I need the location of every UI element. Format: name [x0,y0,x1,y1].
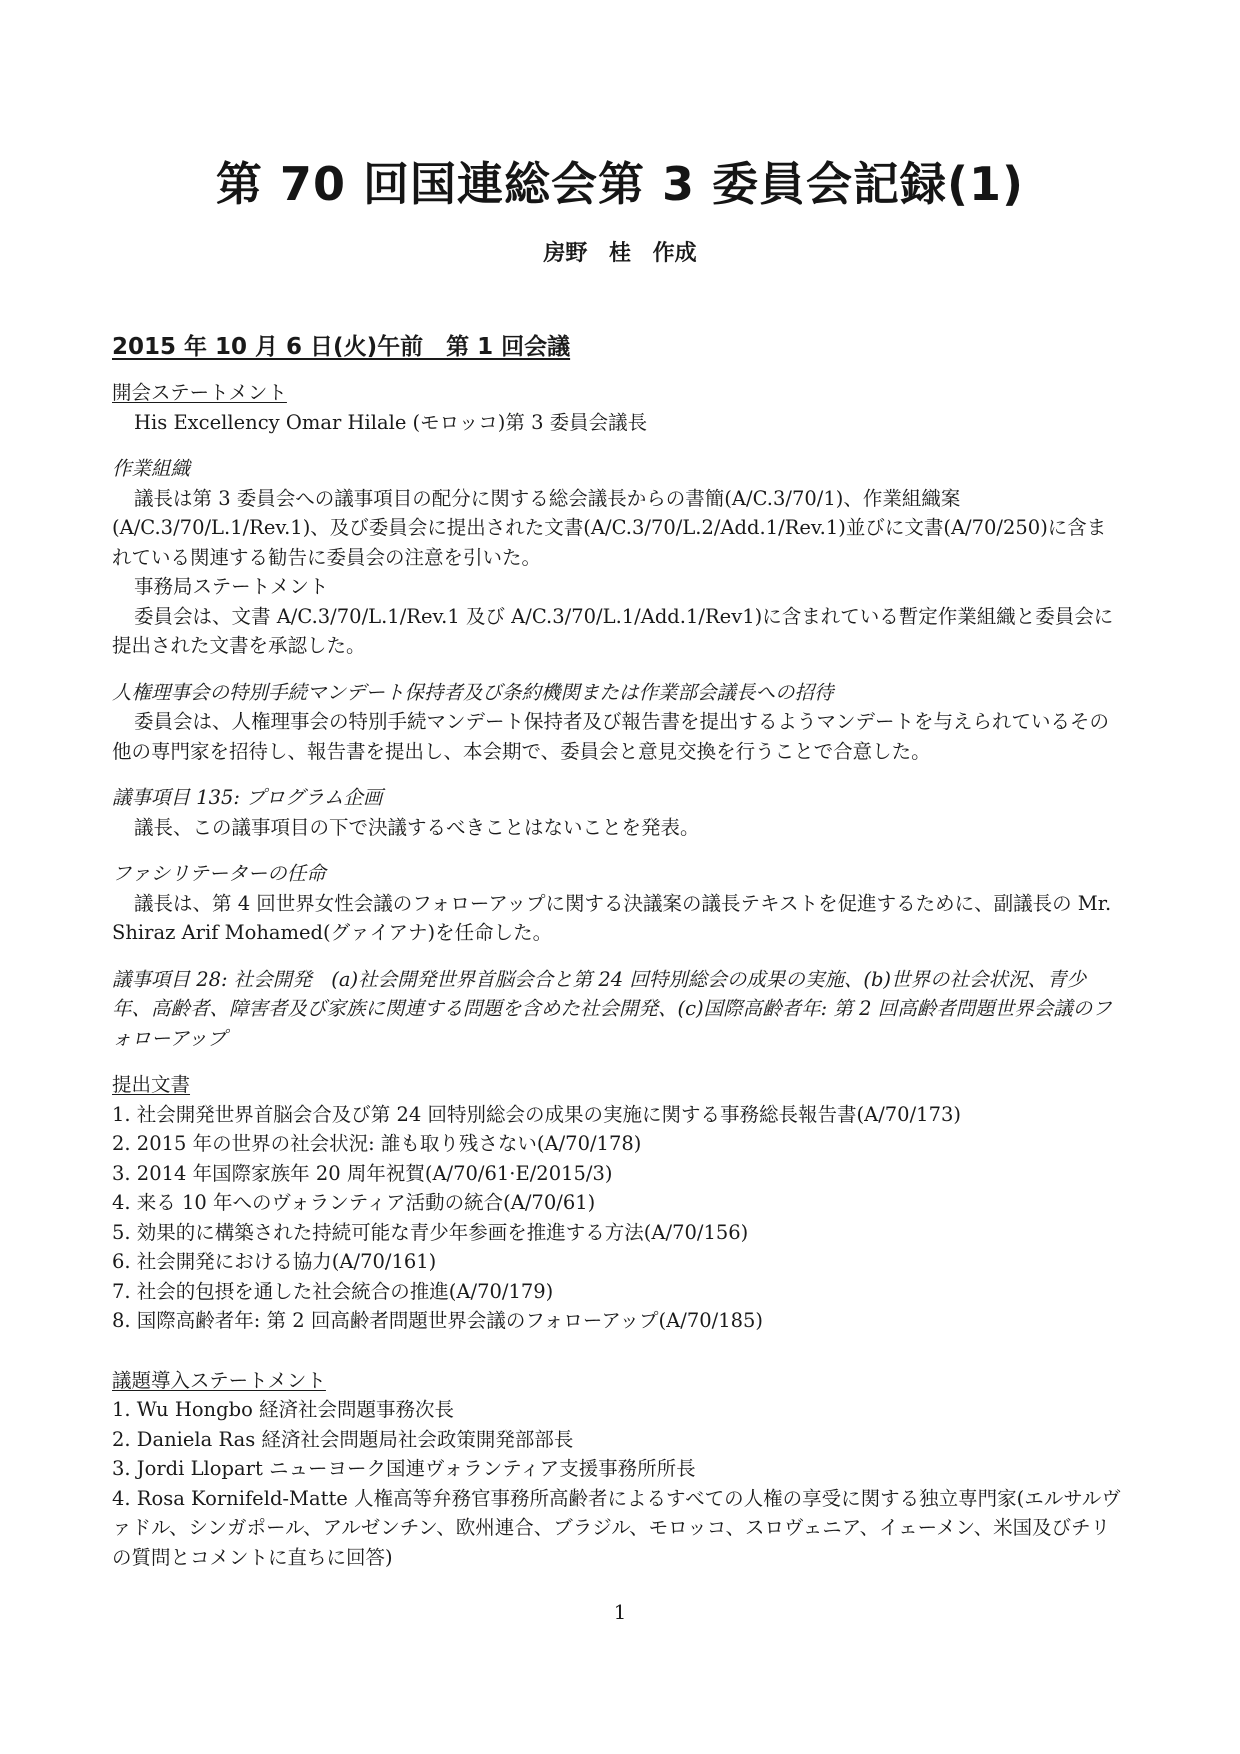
page-number: 1 [0,1600,1240,1624]
paragraph: 議長は第 3 委員会への議事項目の配分に関する総会議長からの書簡(A/C.3/7… [112,484,1122,573]
sub-heading: 事務局ステートメント [112,572,1122,602]
speakers-list: 1. Wu Hongbo 経済社会問題事務次長 2. Daniela Ras 経… [112,1395,1122,1572]
paragraph: 委員会は、文書 A/C.3/70/L.1/Rev.1 及び A/C.3/70/L… [112,602,1122,661]
document-title: 第 70 回国連総会第 3 委員会記録(1) [0,148,1240,214]
list-item: 4. Rosa Kornifeld-Matte 人権高等弁務官事務所高齢者による… [112,1484,1122,1573]
list-item: 6. 社会開発における協力(A/70/161) [112,1247,1122,1277]
document-page: 第 70 回国連総会第 3 委員会記録(1) 房野 桂 作成 2015 年 10… [0,0,1240,1754]
section-heading: ファシリテーターの任命 [112,859,1122,889]
paragraph: 委員会は、人権理事会の特別手続マンデート保持者及び報告書を提出するようマンデート… [112,707,1122,766]
list-item: 8. 国際高齢者年: 第 2 回高齢者問題世界会議のフォローアップ(A/70/1… [112,1306,1122,1336]
section-heading: 作業組織 [112,454,1122,484]
list-item: 1. Wu Hongbo 経済社会問題事務次長 [112,1395,1122,1425]
section-invitation: 人権理事会の特別手続マンデート保持者及び条約機関または作業部会議長への招待 委員… [112,678,1122,767]
list-item: 1. 社会開発世界首脳会合及び第 24 回特別総会の成果の実施に関する事務総長報… [112,1100,1122,1130]
paragraph: His Excellency Omar Hilale (モロッコ)第 3 委員会… [112,408,1122,438]
section-documents: 提出文書 1. 社会開発世界首脳会合及び第 24 回特別総会の成果の実施に関する… [112,1070,1122,1336]
section-heading: 開会ステートメント [112,378,1122,408]
section-heading: 議事項目 28: 社会開発 (a)社会開発世界首脳会合と第 24 回特別総会の成… [112,965,1122,1054]
list-item: 4. 来る 10 年へのヴォランティア活動の統合(A/70/61) [112,1188,1122,1218]
section-opening: 開会ステートメント His Excellency Omar Hilale (モロ… [112,378,1122,437]
session-heading: 2015 年 10 月 6 日(火)午前 第 1 回会議 [112,328,570,361]
paragraph: 議長は、第 4 回世界女性会議のフォローアップに関する決議案の議長テキストを促進… [112,889,1122,948]
list-item: 3. 2014 年国際家族年 20 周年祝賀(A/70/61·E/2015/3) [112,1159,1122,1189]
section-heading: 議題導入ステートメント [112,1366,1122,1396]
section-heading: 人権理事会の特別手続マンデート保持者及び条約機関または作業部会議長への招待 [112,678,1122,708]
section-item-28: 議事項目 28: 社会開発 (a)社会開発世界首脳会合と第 24 回特別総会の成… [112,965,1122,1054]
document-author: 房野 桂 作成 [0,236,1240,267]
paragraph: 議長、この議事項目の下で決議するべきことはないことを発表。 [112,813,1122,843]
list-item: 2. 2015 年の世界の社会状況: 誰も取り残さない(A/70/178) [112,1129,1122,1159]
section-heading: 議事項目 135: プログラム企画 [112,783,1122,813]
section-heading: 提出文書 [112,1070,1122,1100]
list-item: 2. Daniela Ras 経済社会問題局社会政策開発部部長 [112,1425,1122,1455]
list-item: 7. 社会的包摂を通した社会統合の推進(A/70/179) [112,1277,1122,1307]
section-organization: 作業組織 議長は第 3 委員会への議事項目の配分に関する総会議長からの書簡(A/… [112,454,1122,661]
section-item-135: 議事項目 135: プログラム企画 議長、この議事項目の下で決議するべきことはな… [112,783,1122,842]
documents-list: 1. 社会開発世界首脳会合及び第 24 回特別総会の成果の実施に関する事務総長報… [112,1100,1122,1336]
section-introductory: 議題導入ステートメント 1. Wu Hongbo 経済社会問題事務次長 2. D… [112,1366,1122,1573]
document-body: 開会ステートメント His Excellency Omar Hilale (モロ… [112,378,1122,1572]
section-facilitator: ファシリテーターの任命 議長は、第 4 回世界女性会議のフォローアップに関する決… [112,859,1122,948]
list-item: 3. Jordi Llopart ニューヨーク国連ヴォランティア支援事務所所長 [112,1454,1122,1484]
list-item: 5. 効果的に構築された持続可能な青少年参画を推進する方法(A/70/156) [112,1218,1122,1248]
